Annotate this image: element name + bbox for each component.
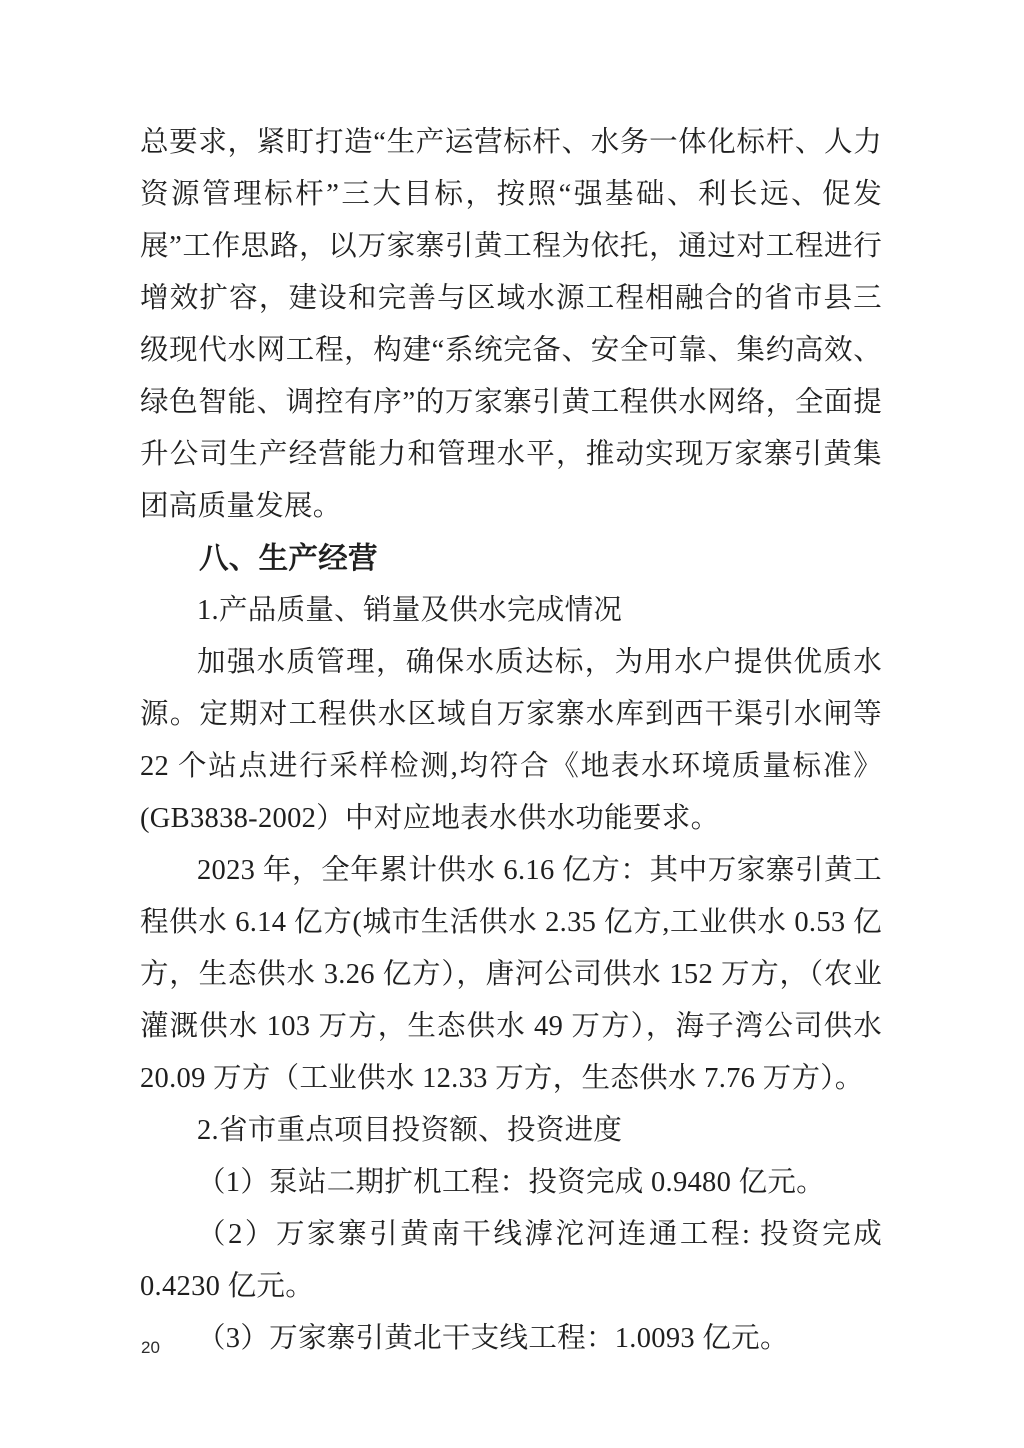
document-body: 总要求，紧盯打造“生产运营标杆、水务一体化标杆、人力资源管理标杆”三大目标，按照… <box>140 117 882 1365</box>
paragraph-overview: 总要求，紧盯打造“生产运营标杆、水务一体化标杆、人力资源管理标杆”三大目标，按照… <box>140 117 882 533</box>
list-item-project-2: （2）万家寨引黄南干线滹沱河连通工程: 投资完成 0.4230 亿元。 <box>140 1209 882 1313</box>
document-page: 总要求，紧盯打造“生产运营标杆、水务一体化标杆、人力资源管理标杆”三大目标，按照… <box>0 0 1024 1448</box>
section-heading-production-operations: 八、生产经营 <box>140 533 882 585</box>
page-number: 20 <box>141 1336 160 1360</box>
subheading-key-projects: 2.省市重点项目投资额、投资进度 <box>140 1105 882 1157</box>
subheading-product-quality: 1.产品质量、销量及供水完成情况 <box>140 585 882 637</box>
paragraph-annual-supply: 2023 年，全年累计供水 6.16 亿方：其中万家寨引黄工程供水 6.14 亿… <box>140 845 882 1105</box>
list-item-project-1: （1）泵站二期扩机工程：投资完成 0.9480 亿元。 <box>140 1157 882 1209</box>
list-item-project-3: （3）万家寨引黄北干支线工程：1.0093 亿元。 <box>140 1313 882 1365</box>
paragraph-water-quality: 加强水质管理，确保水质达标，为用水户提供优质水源。定期对工程供水区域自万家寨水库… <box>140 637 882 845</box>
